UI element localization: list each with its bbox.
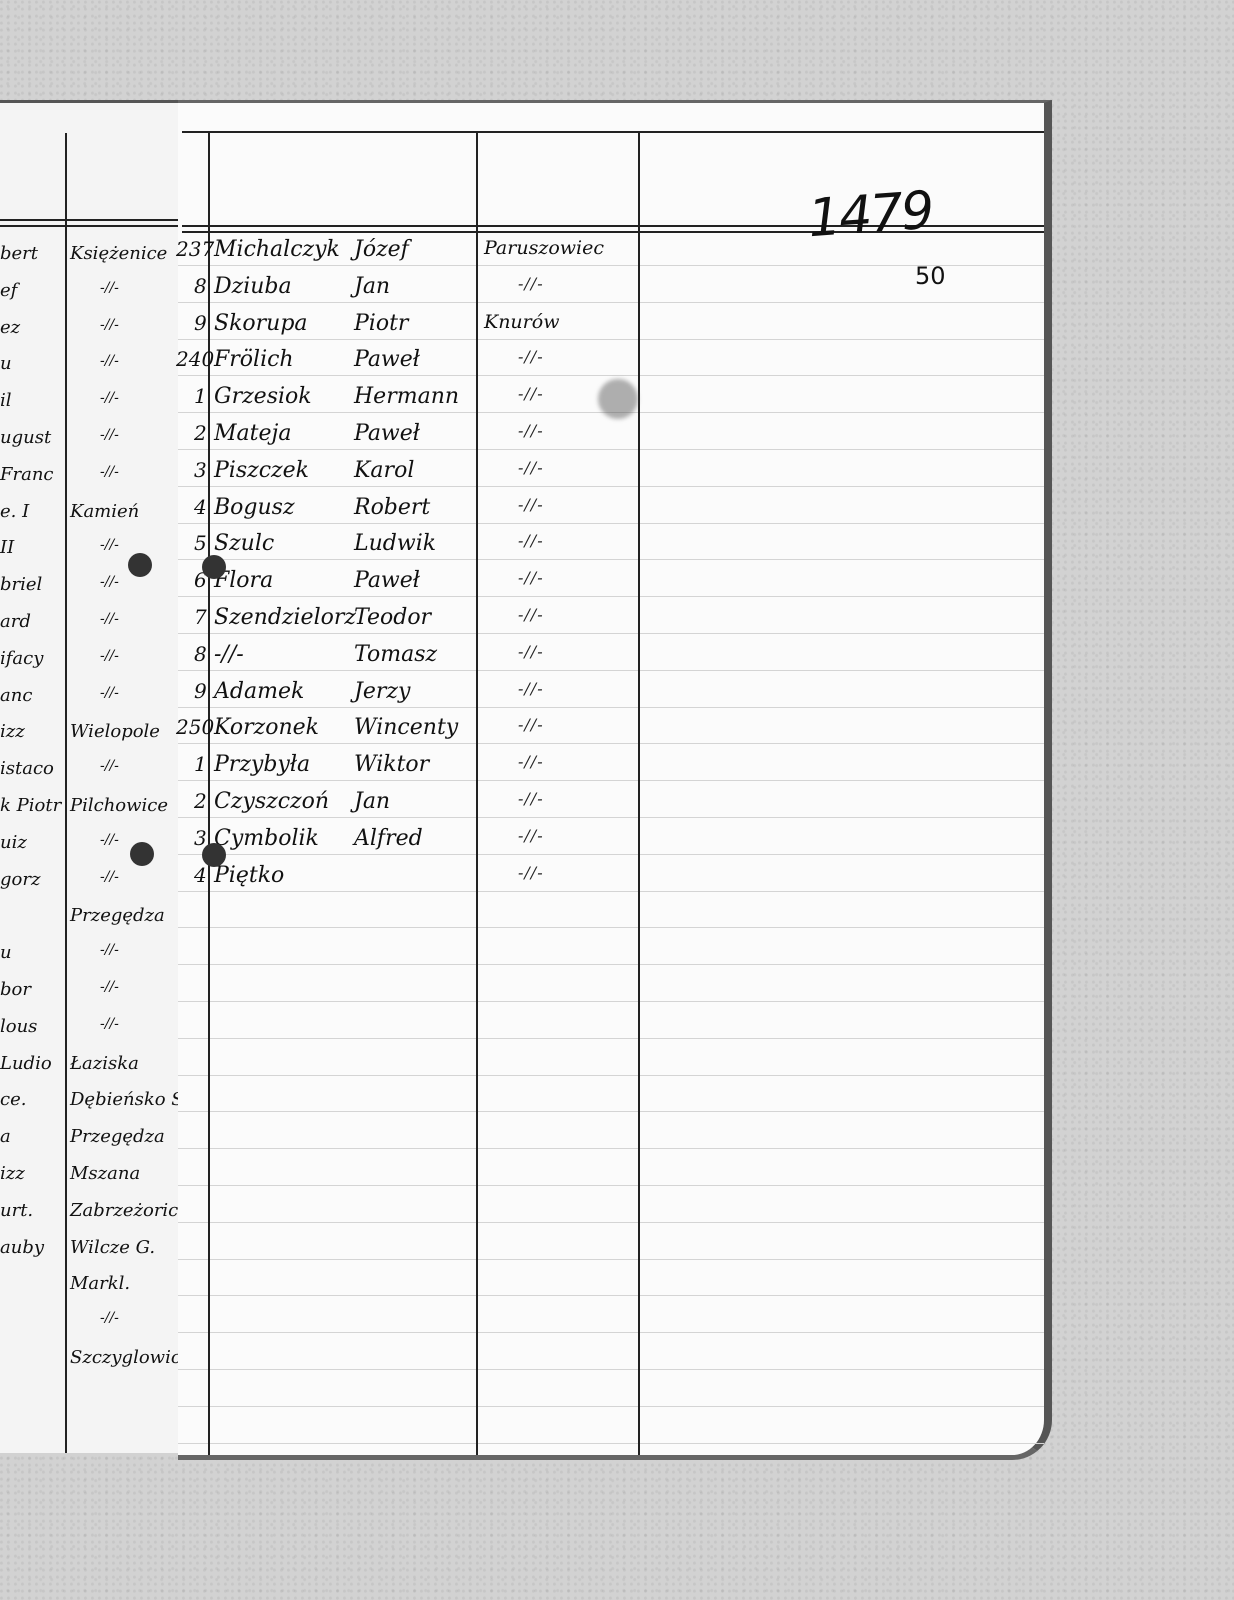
entry-number: 1	[194, 384, 207, 408]
left-surname-fragment: u	[0, 942, 12, 963]
ruled-line	[178, 1369, 1044, 1370]
entry-surname: Piętko	[214, 863, 284, 888]
ruled-line	[178, 449, 1044, 450]
ruled-line	[178, 1406, 1044, 1407]
entry-number: 2	[194, 421, 207, 445]
entry-surname: Dziuba	[214, 274, 292, 299]
ruled-line	[178, 1222, 1044, 1223]
ruled-line	[178, 780, 1044, 781]
ruled-line	[178, 670, 1044, 671]
left-place: Mszana	[70, 1163, 140, 1184]
entry-surname: Michalczyk	[214, 237, 340, 262]
entry-place: -//-	[518, 605, 544, 624]
entry-given-name: Teodor	[354, 605, 431, 630]
left-surname-fragment: u	[0, 353, 12, 374]
entry-number: 9	[194, 679, 207, 703]
left-place: -//-	[100, 427, 119, 443]
entry-surname: Frölich	[214, 347, 294, 372]
ruled-line	[178, 1075, 1044, 1076]
left-surname-fragment: Franc	[0, 464, 54, 485]
left-place: Szczyglowice	[70, 1347, 192, 1368]
left-place: Łaziska	[70, 1053, 139, 1074]
entry-given-name: Piotr	[354, 311, 408, 336]
entry-number: 240	[176, 347, 214, 371]
left-surname-fragment: ef	[0, 280, 17, 301]
entry-place: -//-	[518, 458, 544, 477]
ruled-line	[178, 707, 1044, 708]
left-header-rule	[0, 219, 190, 227]
ruled-line	[178, 339, 1044, 340]
left-place: -//-	[100, 611, 119, 627]
ink-stain	[598, 379, 638, 419]
left-place: Wilcze G.	[70, 1237, 155, 1258]
entry-surname: Szulc	[214, 531, 274, 556]
entry-place: -//-	[518, 384, 544, 403]
entry-place: -//-	[518, 679, 544, 698]
left-surname-fragment: anc	[0, 685, 32, 706]
name-column-divider	[476, 131, 478, 1455]
entry-surname: Mateja	[214, 421, 291, 446]
ruled-line	[178, 854, 1044, 855]
ruled-line	[178, 633, 1044, 634]
entry-place: -//-	[518, 863, 544, 882]
entry-given-name: Paweł	[354, 568, 420, 593]
left-surname-fragment: k Piotr	[0, 795, 61, 816]
entry-number: 2	[194, 789, 207, 813]
ruled-line	[178, 964, 1044, 965]
punch-hole	[130, 842, 154, 866]
left-surname-fragment: gorz	[0, 869, 40, 890]
entry-given-name: Hermann	[354, 384, 459, 409]
left-place: -//-	[100, 280, 119, 296]
entry-given-name: Robert	[354, 495, 430, 520]
left-place: -//-	[100, 353, 119, 369]
left-surname-fragment: uiz	[0, 832, 27, 853]
left-surname-fragment: ifacy	[0, 648, 43, 669]
left-surname-fragment: e. I	[0, 501, 29, 522]
left-surname-fragment: ez	[0, 317, 20, 338]
entry-place: -//-	[518, 347, 544, 366]
left-surname-fragment: izz	[0, 721, 25, 742]
entry-surname: Korzonek	[214, 715, 319, 740]
entry-surname: Czyszczoń	[214, 789, 329, 814]
ruled-line	[178, 523, 1044, 524]
ruled-line	[178, 1332, 1044, 1333]
entry-given-name: Wincenty	[354, 715, 458, 740]
entry-place: Paruszowiec	[484, 237, 604, 259]
ruled-line	[178, 1148, 1044, 1149]
left-surname-fragment: istaco	[0, 758, 54, 779]
entry-surname: Przybyła	[214, 752, 310, 777]
left-place: Pilchowice	[70, 795, 168, 816]
entry-given-name: Ludwik	[354, 531, 436, 556]
number-column-divider	[208, 131, 210, 1455]
left-surname-fragment: ce.	[0, 1089, 26, 1110]
left-place: -//-	[100, 317, 119, 333]
entry-place: -//-	[518, 752, 544, 771]
entry-surname: Bogusz	[214, 495, 295, 520]
left-surname-fragment: bert	[0, 243, 38, 264]
entry-number: 5	[194, 531, 207, 555]
ruled-line	[178, 927, 1044, 928]
entry-place: -//-	[518, 789, 544, 808]
left-place: -//-	[100, 1016, 119, 1032]
left-place: -//-	[100, 390, 119, 406]
left-place: Wielopole	[70, 721, 160, 742]
entry-given-name: Tomasz	[354, 642, 437, 667]
left-place: -//-	[100, 464, 119, 480]
entry-surname: Szendzielorz	[214, 605, 356, 630]
entry-given-name: Alfred	[354, 826, 423, 851]
left-surname-fragment: il	[0, 390, 12, 411]
punch-hole	[202, 843, 226, 867]
ruled-line	[178, 1001, 1044, 1002]
ruled-line	[178, 596, 1044, 597]
entry-number: 4	[194, 863, 207, 887]
left-place: Kamień	[70, 501, 139, 522]
ruled-line	[178, 1295, 1044, 1296]
entry-given-name: Józef	[354, 237, 409, 262]
left-place: -//-	[100, 685, 119, 701]
left-place: Przegędza	[70, 1126, 165, 1147]
place-column-divider	[638, 131, 640, 1455]
left-surname-fragment: ugust	[0, 427, 51, 448]
entry-number: 9	[194, 311, 207, 335]
entry-surname: Piszczek	[214, 458, 309, 483]
entry-number: 237	[176, 237, 214, 261]
left-place: -//-	[100, 537, 119, 553]
entry-number: 7	[194, 605, 207, 629]
entry-surname: Cymbolik	[214, 826, 319, 851]
left-surname-fragment: II	[0, 537, 14, 558]
left-surname-fragment: Ludio	[0, 1053, 52, 1074]
left-surname-fragment: urt.	[0, 1200, 33, 1221]
entry-place: -//-	[518, 826, 544, 845]
left-place: Księżenice	[70, 243, 167, 264]
entry-number: 1	[194, 752, 207, 776]
entry-number: 8	[194, 274, 207, 298]
entry-surname: Grzesiok	[214, 384, 312, 409]
left-surname-fragment: auby	[0, 1237, 44, 1258]
entry-surname: -//-	[214, 642, 244, 667]
entry-number: 3	[194, 458, 207, 482]
left-place: Przegędza	[70, 905, 165, 926]
ruled-line	[178, 1111, 1044, 1112]
entry-number: 8	[194, 642, 207, 666]
register-page: 237MichalczykJózefParuszowiec8DziubaJan-…	[178, 100, 1052, 1460]
punch-hole	[128, 553, 152, 577]
left-surname-fragment: bor	[0, 979, 31, 1000]
ruled-line	[178, 1038, 1044, 1039]
ruled-line	[178, 817, 1044, 818]
top-frame-line	[182, 131, 1044, 133]
entry-place: Knurów	[484, 311, 559, 333]
left-place: -//-	[100, 648, 119, 664]
left-column-divider	[65, 133, 67, 1453]
entry-number: 250	[176, 715, 214, 739]
ruled-line	[178, 486, 1044, 487]
left-place: -//-	[100, 574, 119, 590]
ruled-line	[178, 302, 1044, 303]
entry-place: -//-	[518, 715, 544, 734]
left-place: -//-	[100, 758, 119, 774]
entry-given-name: Jan	[354, 789, 390, 814]
page-number: 1479	[806, 181, 934, 250]
left-surname-fragment: izz	[0, 1163, 25, 1184]
left-surname-fragment: briel	[0, 574, 42, 595]
entry-surname: Adamek	[214, 679, 304, 704]
entry-given-name: Jan	[354, 274, 390, 299]
folio-number: 50	[915, 262, 946, 290]
entry-given-name: Jerzy	[354, 679, 410, 704]
entry-given-name: Karol	[354, 458, 414, 483]
ruled-line	[178, 1443, 1044, 1444]
left-surname-fragment: ard	[0, 611, 31, 632]
entry-place: -//-	[518, 531, 544, 550]
ruled-line	[178, 559, 1044, 560]
ruled-line	[178, 1259, 1044, 1260]
ruled-line	[178, 743, 1044, 744]
left-place: -//-	[100, 869, 119, 885]
left-surname-fragment: lous	[0, 1016, 37, 1037]
entry-place: -//-	[518, 568, 544, 587]
ruled-line	[178, 1185, 1044, 1186]
left-surname-fragment: a	[0, 1126, 11, 1147]
left-place: Markl.	[70, 1273, 130, 1294]
left-place: Zabrzeżorica	[70, 1200, 189, 1221]
entry-place: -//-	[518, 495, 544, 514]
entry-given-name: Wiktor	[354, 752, 429, 777]
left-place: -//-	[100, 1310, 119, 1326]
entry-number: 4	[194, 495, 207, 519]
ruled-line	[178, 891, 1044, 892]
entry-place: -//-	[518, 421, 544, 440]
entry-place: -//-	[518, 642, 544, 661]
left-place: -//-	[100, 979, 119, 995]
punch-hole	[202, 555, 226, 579]
entry-given-name: Paweł	[354, 347, 420, 372]
left-place: -//-	[100, 832, 119, 848]
left-place: -//-	[100, 942, 119, 958]
entry-given-name: Paweł	[354, 421, 420, 446]
entry-surname: Skorupa	[214, 311, 308, 336]
ruled-line	[178, 375, 1044, 376]
left-page-strip: bertKsiężeniceef-//-ez-//-u-//-il-//-ugu…	[0, 100, 190, 1453]
entry-place: -//-	[518, 274, 544, 293]
